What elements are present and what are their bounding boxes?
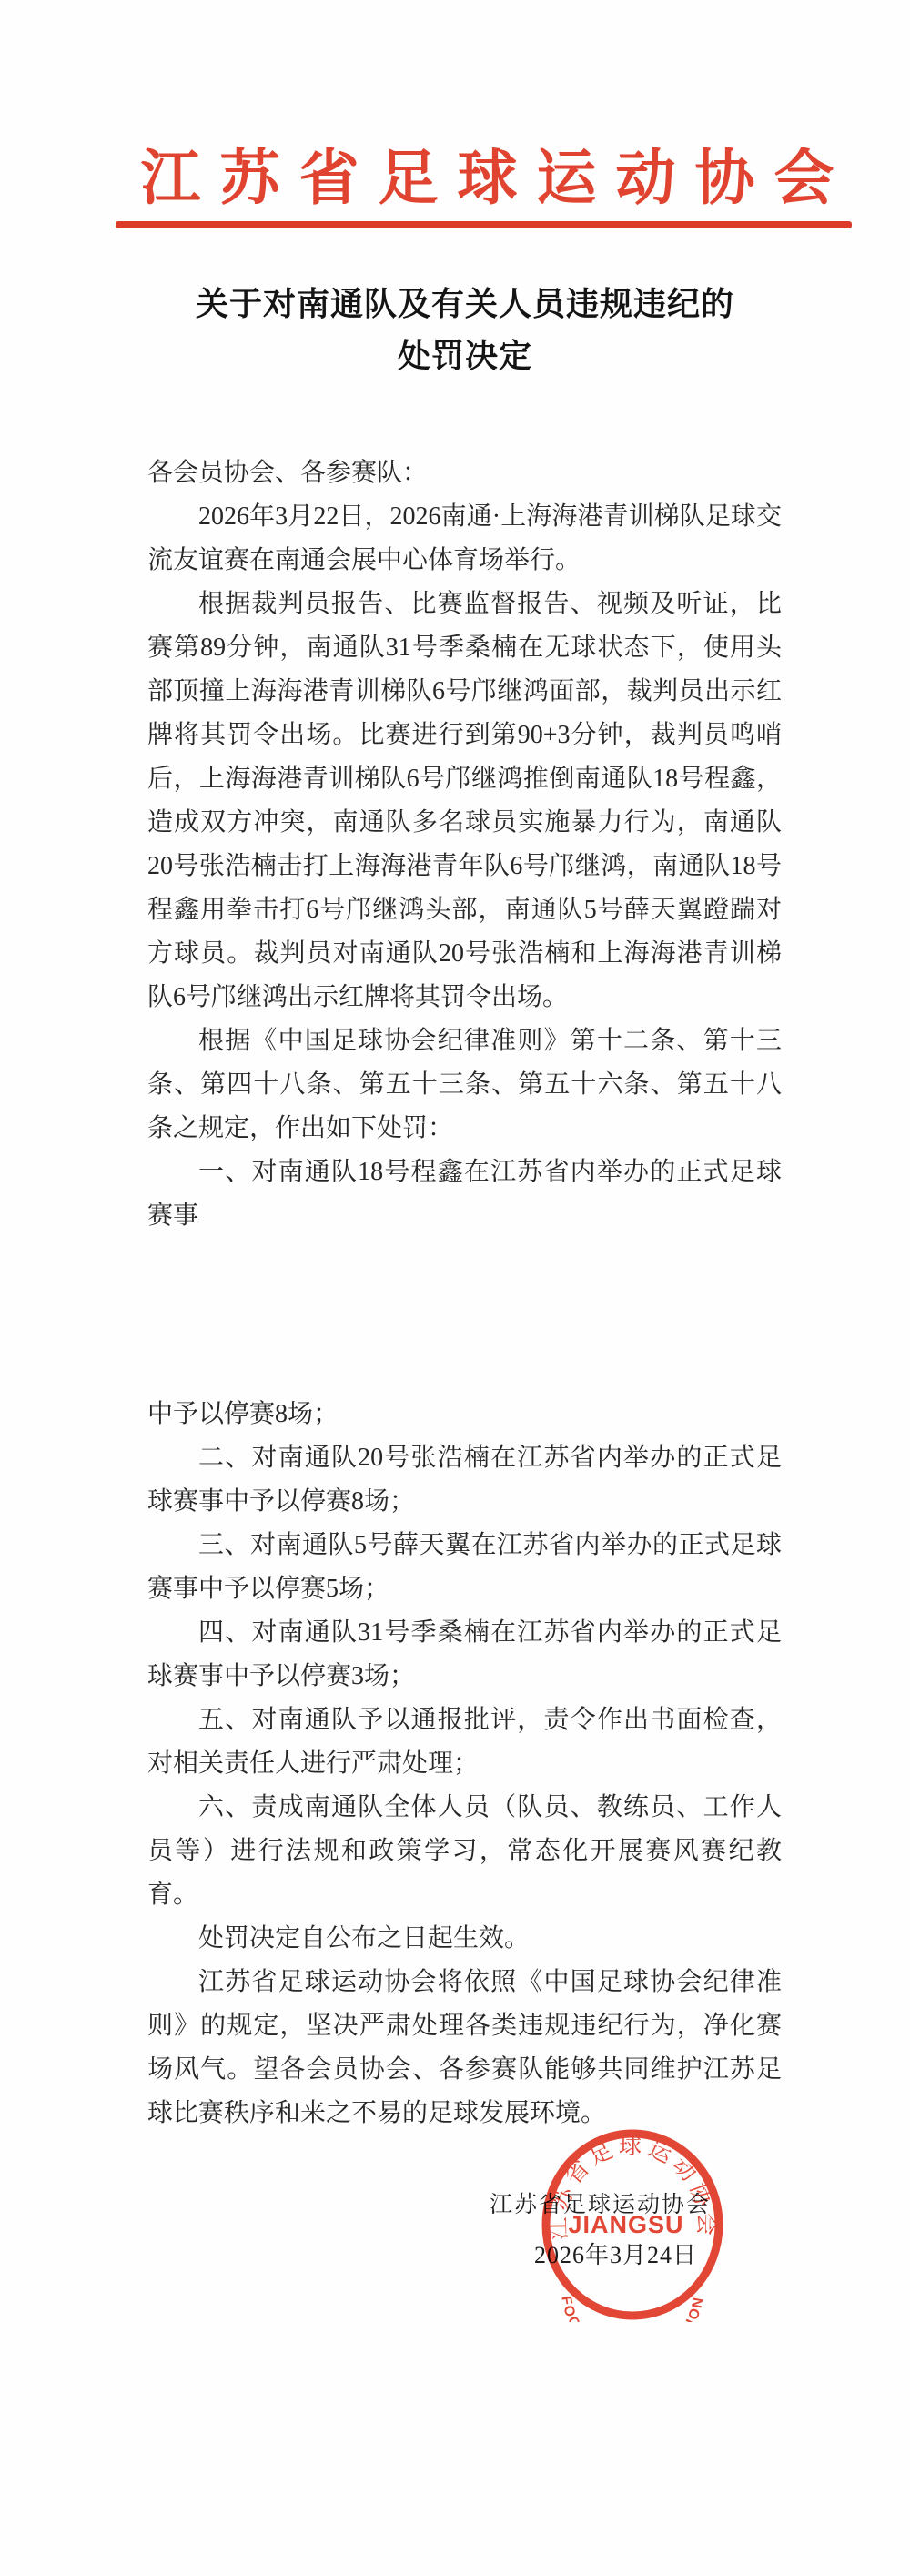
official-seal: 江苏省足球运动协会 JIANGSU FOOTBALL ASSOCIATION bbox=[540, 2127, 725, 2322]
body-paragraph: 处罚决定自公布之日起生效。 bbox=[147, 1917, 782, 1961]
body-paragraph: 根据《中国足球协会纪律准则》第十二条、第十三条、第四十八条、第五十三条、第五十六… bbox=[147, 1019, 782, 1151]
body-paragraph: 江苏省足球运动协会将依照《中国足球协会纪律准则》的规定，坚决严肃处理各类违规违纪… bbox=[147, 1961, 782, 2135]
body-paragraph: 中予以停赛8场； bbox=[147, 1393, 782, 1436]
body-paragraph: 2026年3月22日，2026南通·上海海港青训梯队足球交流友谊赛在南通会展中心… bbox=[147, 495, 782, 583]
body-paragraph: 三、对南通队5号薛天翼在江苏省内举办的正式足球赛事中予以停赛5场； bbox=[147, 1524, 782, 1611]
document-title: 关于对南通队及有关人员违规违纪的 处罚决定 bbox=[10, 279, 910, 382]
body-paragraph: 一、对南通队18号程鑫在江苏省内举办的正式足球赛事 bbox=[147, 1151, 782, 1238]
body-text-page2: 中予以停赛8场； 二、对南通队20号张浩楠在江苏省内举办的正式足球赛事中予以停赛… bbox=[147, 1393, 782, 2135]
letterhead-divider-rule bbox=[116, 221, 852, 228]
body-paragraph: 根据裁判员报告、比赛监督报告、视频及听证，比赛第89分钟，南通队31号季桑楠在无… bbox=[147, 583, 782, 1019]
seal-center-text: JIANGSU bbox=[568, 2211, 683, 2238]
document-title-line1: 关于对南通队及有关人员违规违纪的 bbox=[10, 279, 910, 330]
document-page: 江苏省足球运动协会 关于对南通队及有关人员违规违纪的 处罚决定 各会员协会、各参… bbox=[0, 0, 910, 2576]
body-text-page1: 各会员协会、各参赛队： 2026年3月22日，2026南通·上海海港青训梯队足球… bbox=[147, 451, 782, 1238]
document-title-line2: 处罚决定 bbox=[10, 330, 910, 382]
body-paragraph: 五、对南通队予以通报批评，责令作出书面检查，对相关责任人进行严肃处理； bbox=[147, 1699, 782, 1786]
letterhead-org-name: 江苏省足球运动协会 bbox=[23, 129, 910, 216]
body-paragraph: 各会员协会、各参赛队： bbox=[147, 451, 782, 495]
body-paragraph: 二、对南通队20号张浩楠在江苏省内举办的正式足球赛事中予以停赛8场； bbox=[147, 1436, 782, 1524]
body-paragraph: 六、责成南通队全体人员（队员、教练员、工作人员等）进行法规和政策学习，常态化开展… bbox=[147, 1786, 782, 1917]
body-paragraph: 四、对南通队31号季桑楠在江苏省内举办的正式足球赛事中予以停赛3场； bbox=[147, 1611, 782, 1699]
